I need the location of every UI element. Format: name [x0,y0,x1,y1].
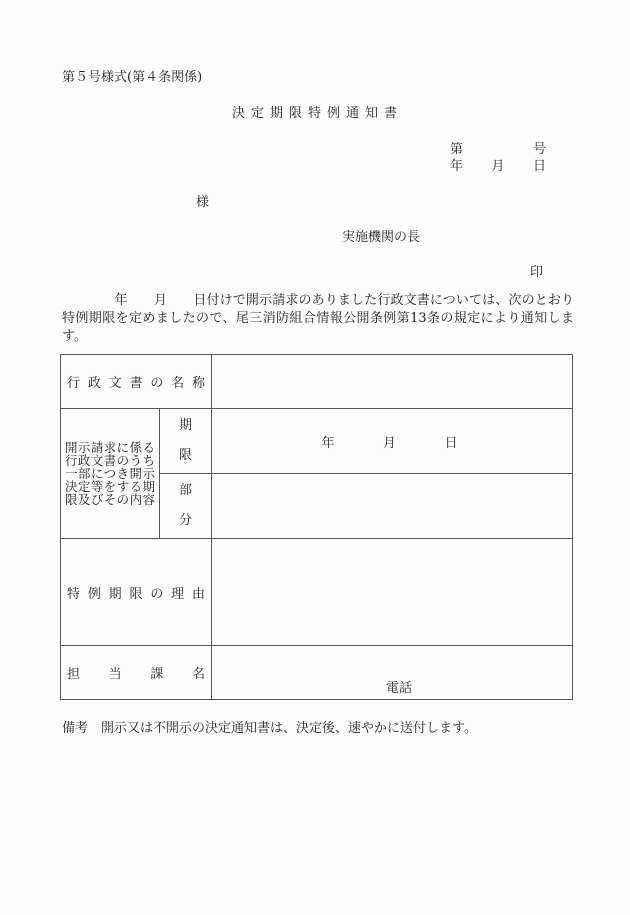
label-deadline-top: 期 [160,416,211,436]
label-portion-top: 部 [160,481,211,501]
date-month: 月 [491,155,504,174]
remarks-note: 備考 開示又は不開示の決定通知書は、決定後、速やかに送付します。 [62,717,477,736]
phone-label: 電話 [386,681,412,696]
label-deadline-group: 開示請求に係る行政文書のうち一部につき開示決定等をする期限及びその内容 [61,409,160,539]
row-document-name: 行政文書の名称 [61,355,573,409]
row-reason: 特例期限の理由 [61,539,573,646]
label-reason: 特例期限の理由 [61,539,212,646]
date-day: 日 [533,155,546,174]
field-portion[interactable] [212,474,573,539]
field-document-name[interactable] [212,355,573,409]
label-deadline-bottom: 限 [160,446,211,466]
deadline-year: 年 [321,432,334,451]
deadline-month: 月 [383,432,396,451]
label-document-name: 行政文書の名称 [61,355,212,409]
date-year: 年 [450,155,463,174]
label-portion: 部 分 [160,474,212,539]
body-paragraph: 年 月 日付けで開示請求のありました行政文書については、次のとおり特例期限を定め… [62,292,574,346]
form-number: 第５号様式(第４条関係) [62,66,202,85]
notice-table: 行政文書の名称 開示請求に係る行政文書のうち一部につき開示決定等をする期限及びそ… [60,354,573,700]
field-department[interactable]: 電話 [212,646,573,700]
field-deadline-date[interactable]: 年 月 日 [212,409,573,474]
field-reason[interactable] [212,539,573,646]
seal-mark: 印 [530,261,543,280]
label-portion-bottom: 分 [160,511,211,531]
label-deadline: 期 限 [160,409,212,474]
addressee-honorific: 様 [196,191,209,210]
issuer-title: 実施機関の長 [342,226,420,245]
deadline-day: 日 [445,432,458,451]
row-department: 担当課名 電話 [61,646,573,700]
row-deadline: 開示請求に係る行政文書のうち一部につき開示決定等をする期限及びその内容 期 限 … [61,409,573,474]
issue-date: 年 月 日 [450,155,546,174]
document-title: 決定期限特例通知書 [232,102,403,121]
label-department: 担当課名 [61,646,212,700]
